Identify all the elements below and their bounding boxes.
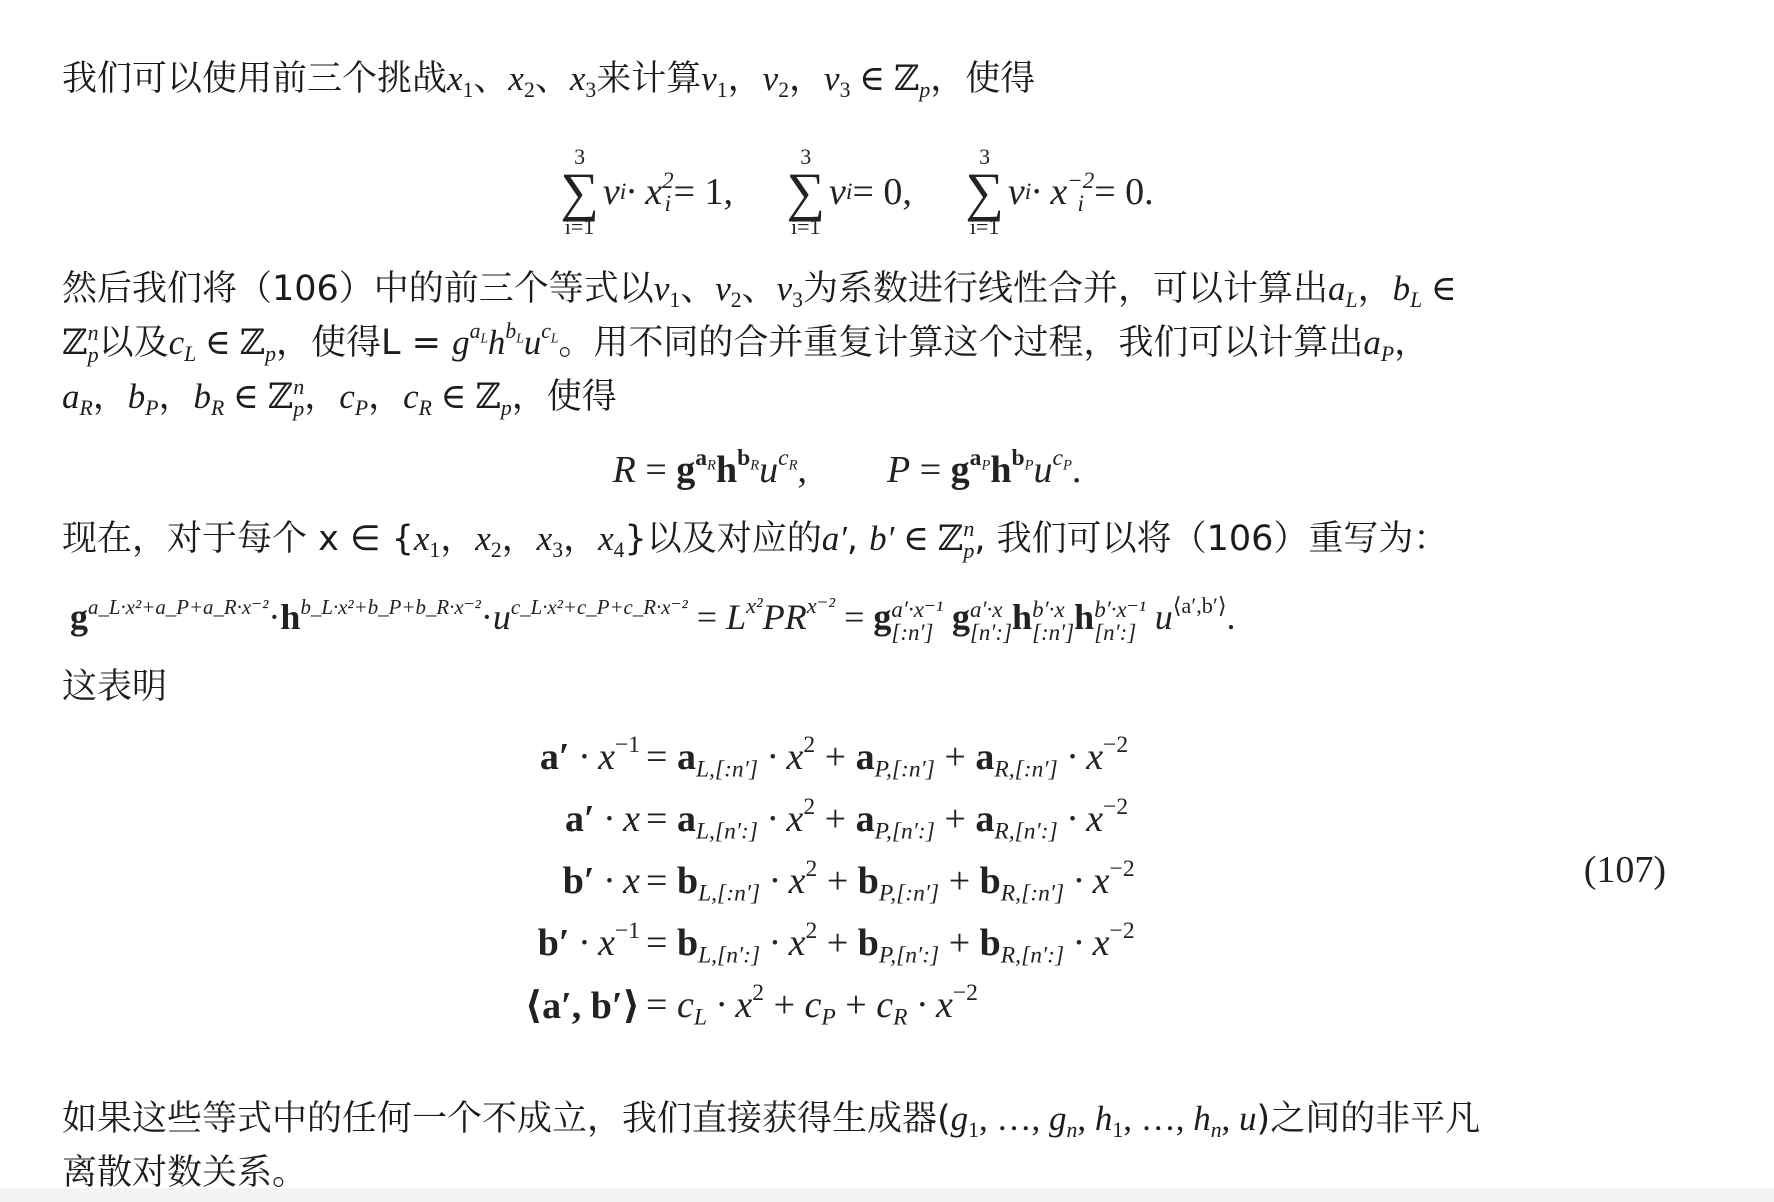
- sup: −2: [1110, 856, 1135, 882]
- sub: P,[n′:]: [875, 819, 935, 845]
- comma: ,: [1222, 1099, 1240, 1138]
- sup: a: [970, 445, 982, 471]
- sub: 1: [1112, 1118, 1123, 1142]
- sup: −2: [953, 980, 978, 1006]
- integers-symbol: ℤ: [62, 323, 88, 362]
- sub: 1: [717, 78, 728, 102]
- period: .: [1227, 597, 1236, 637]
- sup: −2: [1103, 732, 1128, 758]
- equation-product-rewrite: ga_L·x²+a_P+a_R·x⁻²·hb_L·x²+b_P+b_R·x⁻²·…: [70, 596, 1236, 644]
- equation-sums: 3 ∑ i=1 νi · x2i = 1, 3 ∑ i=1 νi = 0, 3 …: [0, 130, 1774, 238]
- scripts: b′·x⁻¹[n′:]: [1094, 598, 1146, 644]
- sub: p: [88, 344, 99, 366]
- vec-a: a: [856, 736, 875, 778]
- var-a-prime: a′: [822, 519, 847, 558]
- term: · x: [570, 922, 615, 964]
- equals: =: [835, 597, 873, 637]
- var-u: u: [493, 597, 511, 637]
- sub: L: [1410, 288, 1422, 312]
- exponent: b_L·x²+b_P+b_R·x⁻²: [300, 595, 480, 619]
- var-c: c: [805, 984, 822, 1026]
- scripts: np: [293, 376, 304, 420]
- plus: +: [939, 860, 979, 902]
- vec-b: b: [980, 860, 1001, 902]
- vec-g: g: [873, 597, 891, 637]
- vec-h: h: [1074, 597, 1094, 637]
- sup: 2: [752, 980, 764, 1006]
- plus: +: [815, 736, 855, 778]
- term: · x: [570, 736, 615, 778]
- sub: P,[n′:]: [879, 943, 939, 969]
- text: )之间的非平凡: [1257, 1099, 1481, 1139]
- sup: a: [695, 445, 707, 471]
- text: 我们可以使用前三个挑战: [62, 59, 447, 99]
- comma: ，: [1358, 269, 1393, 309]
- var-nu: ν: [603, 170, 620, 214]
- sub: [:n′]: [891, 621, 943, 644]
- lower-limit: i=1: [565, 216, 595, 238]
- sub: L: [184, 342, 196, 366]
- sub: [n′:]: [1094, 621, 1146, 644]
- rhs: = 1,: [674, 170, 733, 214]
- ellipsis: , …,: [979, 1099, 1049, 1138]
- sup: b: [737, 445, 750, 471]
- term: · x: [907, 984, 952, 1026]
- sub: P: [1381, 342, 1394, 366]
- text: 这表明: [62, 667, 167, 707]
- sub: p: [501, 396, 512, 420]
- var-u: u: [524, 323, 542, 362]
- vec-b-prime: b′: [563, 860, 595, 902]
- lower-limit: i=1: [970, 216, 1000, 238]
- equation-row: a′ · x−1 = aL,[:n′] · x2 + aP,[:n′] + aR…: [470, 726, 1135, 788]
- summation: 3 ∑ i=1: [787, 146, 826, 238]
- term: · x: [760, 922, 805, 964]
- vec-b: b: [980, 922, 1001, 964]
- var-gn: g: [1049, 1099, 1067, 1138]
- sub: i: [662, 192, 674, 215]
- vec-g: g: [70, 597, 88, 637]
- plus: +: [836, 984, 876, 1026]
- plus: +: [935, 798, 975, 840]
- sup: c: [541, 319, 551, 343]
- sub: [n′:]: [970, 621, 1012, 644]
- term: · x: [760, 860, 805, 902]
- term: · x: [626, 170, 662, 214]
- paragraph-implies: 这表明: [62, 660, 1714, 714]
- sub: 1: [968, 1118, 979, 1142]
- var-v1: v: [701, 59, 717, 98]
- var-P: P: [763, 597, 785, 637]
- sup: a: [470, 319, 481, 343]
- sep: ，: [159, 377, 194, 417]
- sub: P: [1025, 458, 1034, 474]
- text: 。用不同的合并重复计算这个过程，我们可以计算出: [558, 323, 1363, 363]
- sup: b′·x⁻¹: [1094, 598, 1146, 621]
- sup: c: [778, 445, 788, 471]
- term: · x: [595, 798, 640, 840]
- var-P: P: [887, 449, 910, 491]
- vec-a-prime: a′: [540, 736, 570, 778]
- sub: L,[:n′]: [696, 757, 758, 783]
- var-cP: c: [339, 377, 355, 416]
- var-u: u: [1034, 449, 1053, 491]
- sep: 、: [680, 269, 715, 309]
- line-2: ℤnp以及cL ∈ ℤp，使得L = gaLhbLucL。用不同的合并重复计算这…: [62, 316, 1714, 370]
- var-nu: ν: [829, 170, 846, 214]
- sup: n: [88, 322, 99, 344]
- term: · x: [758, 736, 803, 778]
- term: · x: [707, 984, 752, 1026]
- equation-system-107: a′ · x−1 = aL,[:n′] · x2 + aP,[:n′] + aR…: [470, 726, 1135, 1036]
- scripts: a′·x[n′:]: [970, 598, 1012, 644]
- scripts: b′·x[:n′]: [1032, 598, 1074, 644]
- var-aR: a: [62, 377, 80, 416]
- var-v3: v: [777, 269, 793, 308]
- plus: +: [815, 798, 855, 840]
- sub: L,[n′:]: [696, 819, 758, 845]
- sub: L: [480, 331, 487, 346]
- sub: p: [919, 78, 930, 102]
- sup: −2: [1110, 918, 1135, 944]
- text: 来计算: [596, 59, 701, 99]
- equation-R-P: R = gaRhbRucR,P = gaPhbPucP.: [0, 448, 1774, 492]
- sum-equation-3: 3 ∑ i=1 νi · x−2i = 0.: [965, 146, 1153, 238]
- sub: 3: [840, 78, 851, 102]
- sep: 、: [742, 269, 777, 309]
- vec-g: g: [952, 597, 970, 637]
- sub: i: [1067, 192, 1094, 215]
- sup: x⁻²: [807, 593, 835, 618]
- scripts: 2i: [662, 169, 674, 215]
- vec-h: h: [716, 449, 737, 491]
- vec-h: h: [280, 597, 300, 637]
- sum-equation-2: 3 ∑ i=1 νi = 0,: [787, 146, 912, 238]
- paragraph-challenges: 我们可以使用前三个挑战x1、x2、x3来计算v1，v2，v3 ∈ ℤp，使得: [62, 52, 1714, 106]
- exponent: c_L·x²+c_P+c_R·x⁻²: [511, 595, 688, 619]
- sub: P: [145, 396, 158, 420]
- vec-a: a: [677, 736, 696, 778]
- sigma-icon: ∑: [560, 168, 599, 216]
- sub: 2: [778, 78, 789, 102]
- lower-limit: i=1: [791, 216, 821, 238]
- equation-row: b′ · x−1 = bL,[n′:] · x2 + bP,[n′:] + bR…: [470, 912, 1135, 974]
- term: · x: [1064, 922, 1109, 964]
- text: ，使得L =: [276, 323, 452, 363]
- var-x2: x: [508, 59, 524, 98]
- text: 以及: [99, 323, 169, 363]
- line-1: 如果这些等式中的任何一个不成立，我们直接获得生成器(g1, …, gn, h1,…: [62, 1092, 1714, 1146]
- equals: =: [646, 860, 677, 902]
- var-c: c: [876, 984, 893, 1026]
- element-of: ∈: [224, 377, 267, 416]
- sub: R: [789, 458, 798, 474]
- var-x2: x: [475, 519, 491, 558]
- sup: 2: [662, 169, 674, 192]
- term: · x: [1031, 170, 1067, 214]
- paragraph-linear-combination: 然后我们将（106）中的前三个等式以v1、v2、v3为系数进行线性合并，可以计算…: [62, 262, 1714, 424]
- var-cR: c: [403, 377, 419, 416]
- var-v3: v: [824, 59, 840, 98]
- sub: p: [265, 342, 276, 366]
- var-cL: c: [169, 323, 185, 362]
- inner-product: ⟨a′, b′⟩: [525, 985, 640, 1027]
- sub: L: [516, 331, 523, 346]
- comma: ,: [1077, 1099, 1095, 1138]
- sigma-icon: ∑: [787, 168, 826, 216]
- comma: ，: [304, 377, 339, 417]
- scripts: a′·x⁻¹[:n′]: [891, 598, 943, 644]
- sub: R,[:n′]: [994, 757, 1057, 783]
- vec-h: h: [990, 449, 1011, 491]
- text: 现在，对于每个 x ∈ {: [62, 519, 414, 559]
- var-hn: h: [1193, 1099, 1211, 1138]
- sep: 、: [473, 59, 508, 99]
- sub: L: [1346, 288, 1358, 312]
- sup: a′·x: [970, 598, 1012, 621]
- paragraph-conclusion: 如果这些等式中的任何一个不成立，我们直接获得生成器(g1, …, gn, h1,…: [62, 1092, 1714, 1200]
- sum-equation-1: 3 ∑ i=1 νi · x2i = 1,: [560, 146, 733, 238]
- sub: [:n′]: [1032, 621, 1074, 644]
- sub: R: [211, 396, 224, 420]
- sub: 1: [429, 538, 440, 562]
- ellipsis: , …,: [1123, 1099, 1193, 1138]
- sub: L,[:n′]: [698, 881, 760, 907]
- scripts: −2i: [1067, 169, 1094, 215]
- plus: +: [817, 922, 857, 964]
- sigma-icon: ∑: [965, 168, 1004, 216]
- sup: n: [963, 518, 974, 540]
- scripts: np: [88, 322, 99, 366]
- sub: n: [1067, 1118, 1078, 1142]
- sub: R: [750, 458, 759, 474]
- summation: 3 ∑ i=1: [965, 146, 1004, 238]
- var-x4: x: [598, 519, 614, 558]
- sup: n: [293, 376, 304, 398]
- sup: b: [505, 319, 516, 343]
- sub: 4: [614, 538, 625, 562]
- sub: P: [821, 1005, 835, 1031]
- sup: a′·x⁻¹: [891, 598, 943, 621]
- sub: R,[n′:]: [994, 819, 1057, 845]
- var-x1: x: [414, 519, 430, 558]
- text: 如果这些等式中的任何一个不成立，我们直接获得生成器(: [62, 1099, 951, 1139]
- var-aP: a: [1363, 323, 1381, 362]
- text: 为系数进行线性合并，可以计算出: [803, 269, 1328, 309]
- sup: 2: [803, 794, 815, 820]
- comma: ，: [1394, 323, 1429, 363]
- text: }以及对应的: [624, 519, 821, 559]
- var-aL: a: [1328, 269, 1346, 308]
- var-x3: x: [570, 59, 586, 98]
- vec-b: b: [677, 922, 698, 964]
- equals: =: [646, 798, 677, 840]
- vec-a: a: [975, 798, 994, 840]
- sup: b′·x: [1032, 598, 1074, 621]
- comma: ,: [847, 519, 869, 559]
- integers-symbol: ℤ: [894, 59, 920, 98]
- text: ，使得: [512, 377, 617, 417]
- sep: ，: [93, 377, 128, 417]
- sub: n: [1211, 1118, 1222, 1142]
- vec-g: g: [676, 449, 695, 491]
- sub: 3: [585, 78, 596, 102]
- equation-row: b′ · x = bL,[:n′] · x2 + bP,[:n′] + bR,[…: [470, 850, 1135, 912]
- sub: R: [893, 1005, 907, 1031]
- term: · x: [758, 798, 803, 840]
- plus: +: [935, 736, 975, 778]
- rhs: = 0,: [852, 170, 911, 214]
- text: , 我们可以将（106）重写为：: [974, 519, 1448, 559]
- term: · x: [1064, 860, 1109, 902]
- comma: ,: [798, 449, 808, 491]
- equals: =: [646, 736, 677, 778]
- sup: 2: [806, 856, 818, 882]
- paragraph-rewrite: 现在，对于每个 x ∈ {x1，x2，x3，x4}以及对应的a′, b′ ∈ ℤ…: [62, 512, 1714, 566]
- var-v2: v: [715, 269, 731, 308]
- term: · x: [595, 860, 640, 902]
- sub: 1: [463, 78, 474, 102]
- rhs: = 0.: [1094, 170, 1153, 214]
- vec-a: a: [856, 798, 875, 840]
- element-of: ∈: [196, 323, 239, 362]
- sub: P: [1063, 458, 1072, 474]
- vec-b: b: [677, 860, 698, 902]
- comma: ，: [563, 519, 598, 559]
- var-bP: b: [128, 377, 146, 416]
- document-page: 我们可以使用前三个挑战x1、x2、x3来计算v1，v2，v3 ∈ ℤp，使得 3…: [0, 0, 1774, 1202]
- var-g: g: [452, 323, 470, 362]
- vec-b: b: [858, 860, 879, 902]
- var-h1: h: [1095, 1099, 1113, 1138]
- var-b-prime: b′: [869, 519, 894, 558]
- var-u: u: [1239, 1099, 1257, 1138]
- comma: ，: [502, 519, 537, 559]
- equation-row-inner-product: ⟨a′, b′⟩ = cL · x2 + cP + cR · x−2: [470, 974, 1135, 1036]
- sup: −1: [615, 918, 640, 944]
- plus: +: [764, 984, 804, 1026]
- var-c: c: [677, 984, 694, 1026]
- sup: x²: [746, 593, 763, 618]
- sub: 2: [731, 288, 742, 312]
- sup: −2: [1103, 794, 1128, 820]
- sup: c: [1053, 445, 1063, 471]
- term: · x: [1058, 736, 1103, 778]
- sub: 1: [669, 288, 680, 312]
- var-x3: x: [537, 519, 553, 558]
- scripts: np: [963, 518, 974, 562]
- element-of: ∈: [850, 59, 893, 98]
- plus: +: [817, 860, 857, 902]
- sub: p: [963, 540, 974, 562]
- element-of: ∈: [894, 519, 937, 558]
- plus: +: [939, 922, 979, 964]
- dot: ·: [481, 597, 493, 637]
- line-3: aR，bP，bR ∈ ℤnp，cP，cR ∈ ℤp，使得: [62, 370, 1714, 424]
- comma: ，: [728, 59, 763, 99]
- sub: P: [355, 396, 368, 420]
- var-u: u: [1155, 597, 1173, 637]
- equation-row: a′ · x = aL,[n′:] · x2 + aP,[n′:] + aR,[…: [470, 788, 1135, 850]
- sup: ⟨a′,b′⟩: [1173, 593, 1227, 618]
- vec-h: h: [1012, 597, 1032, 637]
- exponent: a_L·x²+a_P+a_R·x⁻²: [88, 595, 268, 619]
- sub: R: [707, 458, 716, 474]
- vec-g: g: [951, 449, 970, 491]
- sub: 3: [552, 538, 563, 562]
- sub: P,[:n′]: [875, 757, 935, 783]
- sep: 、: [535, 59, 570, 99]
- var-g1: g: [951, 1099, 969, 1138]
- var-nu: ν: [1008, 170, 1025, 214]
- var-v1: v: [654, 269, 670, 308]
- text: 然后我们将（106）中的前三个等式以: [62, 269, 654, 309]
- sup: 2: [803, 732, 815, 758]
- sub: p: [293, 398, 304, 420]
- sub: R: [419, 396, 432, 420]
- var-R: R: [785, 597, 807, 637]
- var-bL: b: [1393, 269, 1411, 308]
- vec-b-prime: b′: [538, 922, 570, 964]
- equals: =: [688, 597, 726, 637]
- sub: L,[n′:]: [698, 943, 760, 969]
- sub: 2: [524, 78, 535, 102]
- equals: =: [910, 449, 950, 491]
- bottom-edge: [0, 1188, 1774, 1202]
- var-h: h: [488, 323, 506, 362]
- var-bR: b: [194, 377, 212, 416]
- sub: L: [694, 1005, 707, 1031]
- var-x1: x: [447, 59, 463, 98]
- term: · x: [1058, 798, 1103, 840]
- sub: R,[n′:]: [1001, 943, 1064, 969]
- integers-symbol: ℤ: [938, 519, 964, 558]
- sub: R: [80, 396, 93, 420]
- dot: ·: [268, 597, 280, 637]
- sup: b: [1012, 445, 1025, 471]
- integers-symbol: ℤ: [268, 377, 294, 416]
- integers-symbol: ℤ: [240, 323, 266, 362]
- vec-a-prime: a′: [565, 798, 595, 840]
- element-of: ∈: [432, 377, 475, 416]
- comma: ，: [789, 59, 824, 99]
- equals: =: [646, 984, 677, 1026]
- element-of: ∈: [1422, 269, 1457, 308]
- line-1: 然后我们将（106）中的前三个等式以v1、v2、v3为系数进行线性合并，可以计算…: [62, 262, 1714, 316]
- sup: −2: [1067, 169, 1094, 192]
- equation-number: (107): [1584, 848, 1666, 892]
- sup: −1: [615, 732, 640, 758]
- sub: 3: [792, 288, 803, 312]
- integers-symbol: ℤ: [475, 377, 501, 416]
- comma: ，: [368, 377, 403, 417]
- vec-a: a: [975, 736, 994, 778]
- var-u: u: [759, 449, 778, 491]
- sub: R,[:n′]: [1001, 881, 1064, 907]
- var-v2: v: [763, 59, 779, 98]
- equals: =: [646, 922, 677, 964]
- sup: 2: [806, 918, 818, 944]
- sub: P,[:n′]: [879, 881, 939, 907]
- vec-a: a: [677, 798, 696, 840]
- var-L: L: [726, 597, 746, 637]
- var-R: R: [613, 449, 636, 491]
- comma: ，: [440, 519, 475, 559]
- equals: =: [636, 449, 676, 491]
- summation: 3 ∑ i=1: [560, 146, 599, 238]
- sub: 2: [491, 538, 502, 562]
- text: ，使得: [930, 59, 1035, 99]
